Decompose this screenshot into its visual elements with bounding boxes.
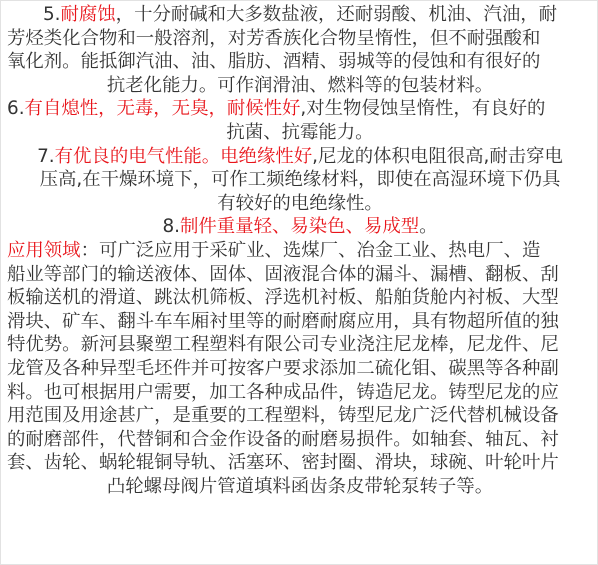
section-6-title: 有自熄性，无毒，无臭，耐候性好 (25, 98, 301, 119)
section-5-line-1: 5.耐腐蚀，十分耐碱和大多数盐液，还耐弱酸、机油、汽油，耐 (7, 3, 593, 27)
section-5-line-3: 氧化剂。能抵御汽油、油、脂肪、酒精、弱城等的侵蚀和有很好的 (7, 50, 593, 74)
section-8-title: 制件重量轻、易染色、易成型 (180, 216, 419, 237)
section-7-line-2: 压高,在干燥环境下，可作工频绝缘材料，即使在高湿环境下仍具 (7, 168, 593, 192)
section-5-number: 5. (43, 4, 61, 25)
section-8-number: 8. (162, 216, 180, 237)
applications-line-11: 凸轮螺母阀片管道填料函齿条皮带轮泵转子等。 (7, 475, 593, 499)
section-8-end: 。 (419, 216, 437, 237)
applications-line-6: 龙管及各种异型毛坯件并可按客户要求添加二硫化钼、碳黑等各种副 (7, 357, 593, 381)
section-5-line-2: 芳烃类化合物和一般溶剂，对芳香族化合物呈惰性，但不耐强酸和 (7, 27, 593, 51)
section-7-line-1: 7.有优良的电气性能。电绝缘性好,尼龙的体积电阻很高,耐击穿电 (7, 145, 593, 169)
section-7-text: ,尼龙的体积电阻很高,耐击穿电 (312, 146, 563, 167)
applications-line-7: 料。也可根据用户需要，加工各种成品件，铸造尼龙。铸型尼龙的应 (7, 381, 593, 405)
applications-line-10: 套、齿轮、蜗轮辊铜导轨、活塞环、密封圈、滑块，球碗、叶轮叶片 (7, 451, 593, 475)
section-6-line-1: 6.有自熄性，无毒，无臭，耐候性好,对生物侵蚀呈惰性，有良好的 (7, 97, 593, 121)
applications-line-3: 板输送机的滑道、跳汰机筛板、浮选机衬板、船舶货舱内衬板、大型 (7, 286, 593, 310)
section-6-number: 6. (7, 98, 25, 119)
section-5-title: 耐腐蚀 (60, 4, 115, 25)
document-body: 5.耐腐蚀，十分耐碱和大多数盐液，还耐弱酸、机油、汽油，耐 芳烃类化合物和一般溶… (7, 3, 593, 498)
applications-line-9: 的耐磨部件，代替铜和合金作设备的耐磨易损件。如轴套、轴瓦、衬 (7, 428, 593, 452)
applications-line-1: 应用领域：可广泛应用于采矿业、选煤厂、冶金工业、热电厂、造 (7, 239, 593, 263)
applications-line-8: 用范围及用途甚广，是重要的工程塑料，铸型尼龙广泛代替机械设备 (7, 404, 593, 428)
section-5-text: ，十分耐碱和大多数盐液，还耐弱酸、机油、汽油，耐 (116, 4, 557, 25)
applications-line-2: 船业等部门的输送液体、固体、固液混合体的漏斗、漏槽、翻板、刮 (7, 263, 593, 287)
section-7-number: 7. (37, 146, 55, 167)
applications-title: 应用领域 (7, 240, 81, 261)
section-6-text: ,对生物侵蚀呈惰性，有良好的 (300, 98, 545, 119)
applications-line-4: 滑块、矿车、翻斗车车厢衬里等的耐磨耐腐应用，具有物超所值的独 (7, 310, 593, 334)
section-5-line-4: 抗老化能力。可作润滑油、燃料等的包装材料。 (7, 74, 593, 98)
applications-text: 可广泛应用于采矿业、选煤厂、冶金工业、热电厂、造 (99, 240, 540, 261)
section-8-line-1: 8.制件重量轻、易染色、易成型。 (7, 215, 593, 239)
section-7-title: 有优良的电气性能。电绝缘性好 (55, 146, 312, 167)
section-7-line-3: 有较好的电绝缘性。 (7, 192, 593, 216)
applications-colon: ： (81, 240, 99, 261)
applications-line-5: 特优势。新河县聚塑工程塑料有限公司专业浇注尼龙棒，尼龙件、尼 (7, 333, 593, 357)
document-frame: 5.耐腐蚀，十分耐碱和大多数盐液，还耐弱酸、机油、汽油，耐 芳烃类化合物和一般溶… (0, 0, 598, 565)
section-6-line-2: 抗菌、抗霉能力。 (7, 121, 593, 145)
